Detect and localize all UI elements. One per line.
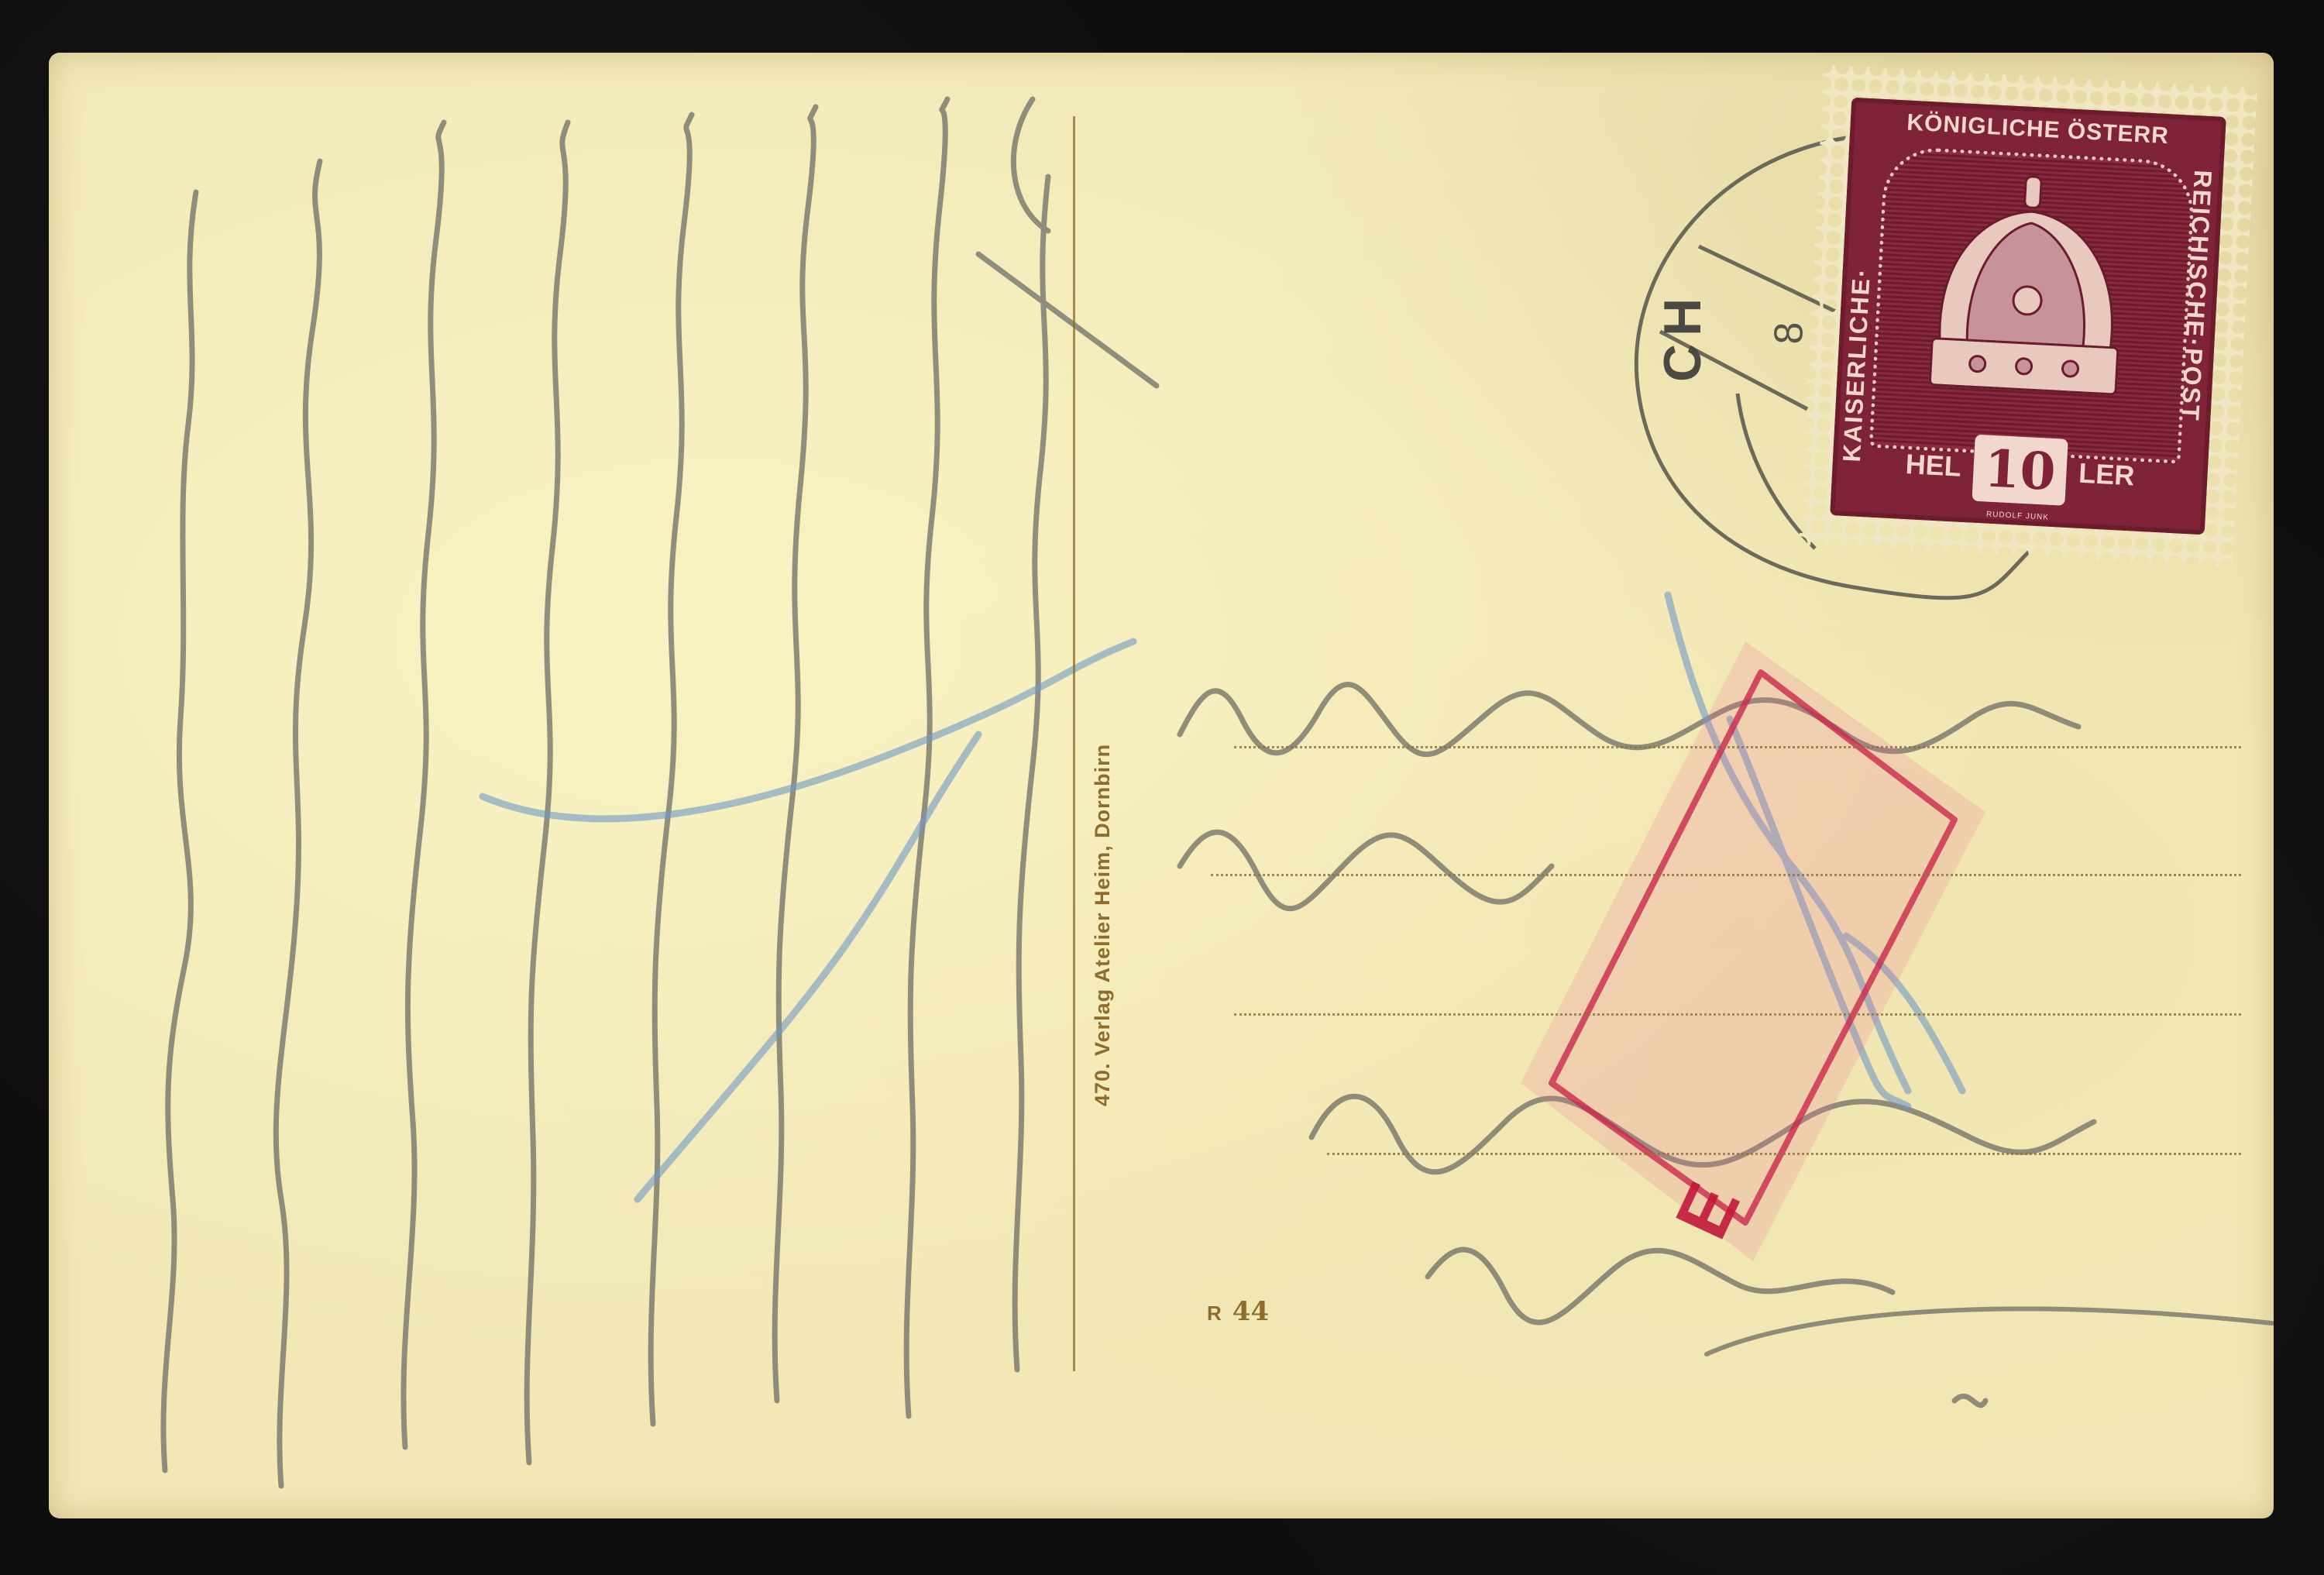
print-mark-prefix: R	[1207, 1302, 1222, 1325]
stamp-face: KÖNIGLICHE ÖSTERR KAISERLICHE· REICHISCH…	[1830, 98, 2226, 535]
stamp-currency-right: LER	[2078, 457, 2135, 493]
print-mark: R44	[1207, 1296, 1269, 1327]
stamp-currency-left: HEL	[1905, 448, 1962, 483]
address-line-2	[1211, 874, 2241, 876]
postmark-letters: CH	[1652, 291, 1713, 382]
publisher-imprint: 470. Verlag Atelier Heim, Dornbirn	[1091, 744, 1115, 1106]
address-line-1	[1234, 746, 2241, 748]
stamp-value: 10	[1972, 435, 2068, 506]
postmark-digit: 8	[1765, 322, 1812, 345]
address-line-3	[1234, 1013, 2241, 1016]
postage-stamp: KÖNIGLICHE ÖSTERR KAISERLICHE· REICHISCH…	[1799, 65, 2257, 567]
postcard: 470. Verlag Atelier Heim, Dornbirn R44 C…	[49, 53, 2274, 1518]
print-mark-number: 44	[1232, 1296, 1269, 1327]
address-line-4	[1327, 1153, 2241, 1155]
stamp-top-text: KÖNIGLICHE ÖSTERR	[1850, 107, 2226, 153]
crown-icon	[1905, 163, 2150, 422]
divider-line	[1073, 116, 1075, 1371]
